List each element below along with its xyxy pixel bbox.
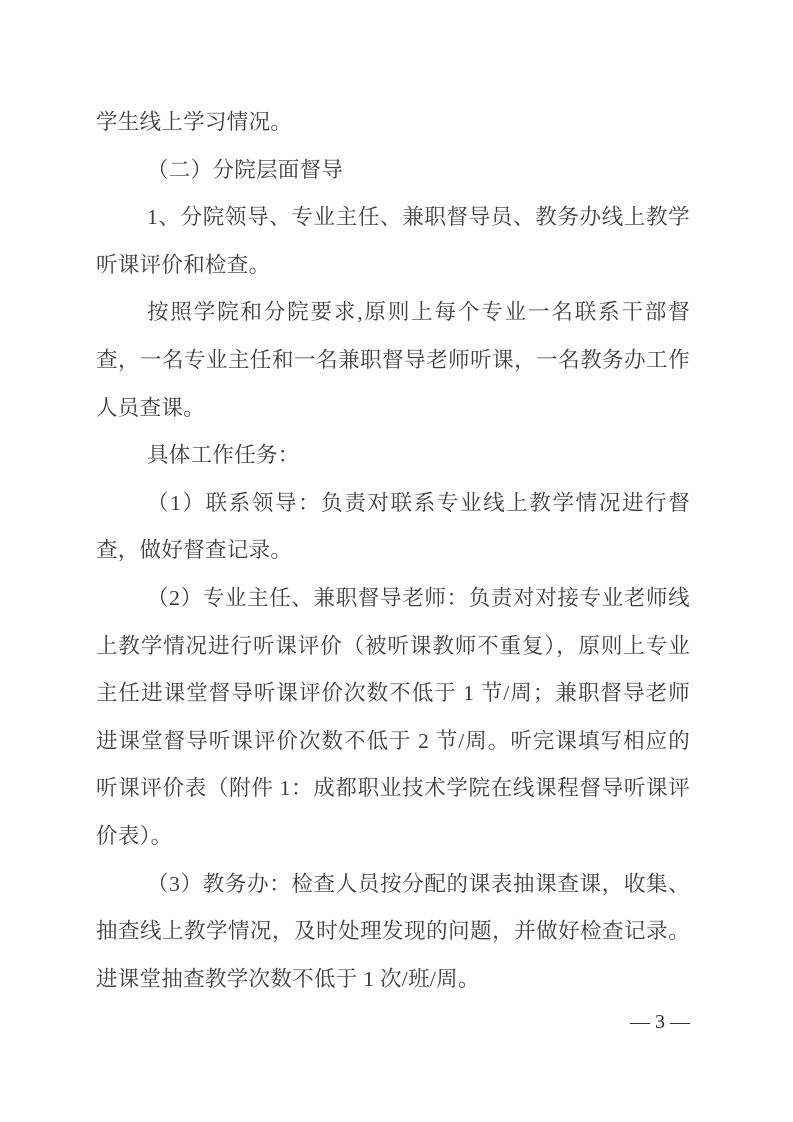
paragraph: （3）教务办：检查人员按分配的课表抽课查课，收集、抽查线上教学情况，及时处理发现…	[96, 861, 690, 1004]
page-footer: — 3 —	[96, 1005, 692, 1039]
section-heading: （二）分院层面督导	[96, 147, 690, 195]
paragraph: 按照学院和分院要求,原则上每个专业一名联系干部督查，一名专业主任和一名兼职督导老…	[96, 289, 690, 432]
paragraph-continuation: 学生线上学习情况。	[96, 99, 690, 147]
paragraph: 具体工作任务：	[96, 432, 690, 480]
page-number: — 3 —	[630, 1011, 690, 1033]
document-page: 学生线上学习情况。 （二）分院层面督导 1、分院领导、专业主任、兼职督导员、教务…	[0, 0, 793, 1122]
document-body: 学生线上学习情况。 （二）分院层面督导 1、分院领导、专业主任、兼职督导员、教务…	[96, 99, 690, 1003]
paragraph: （1）联系领导：负责对联系专业线上教学情况进行督查，做好督查记录。	[96, 480, 690, 575]
paragraph: （2）专业主任、兼职督导老师：负责对对接专业老师线上教学情况进行听课评价（被听课…	[96, 575, 690, 861]
paragraph: 1、分院领导、专业主任、兼职督导员、教务办线上教学听课评价和检查。	[96, 194, 690, 289]
